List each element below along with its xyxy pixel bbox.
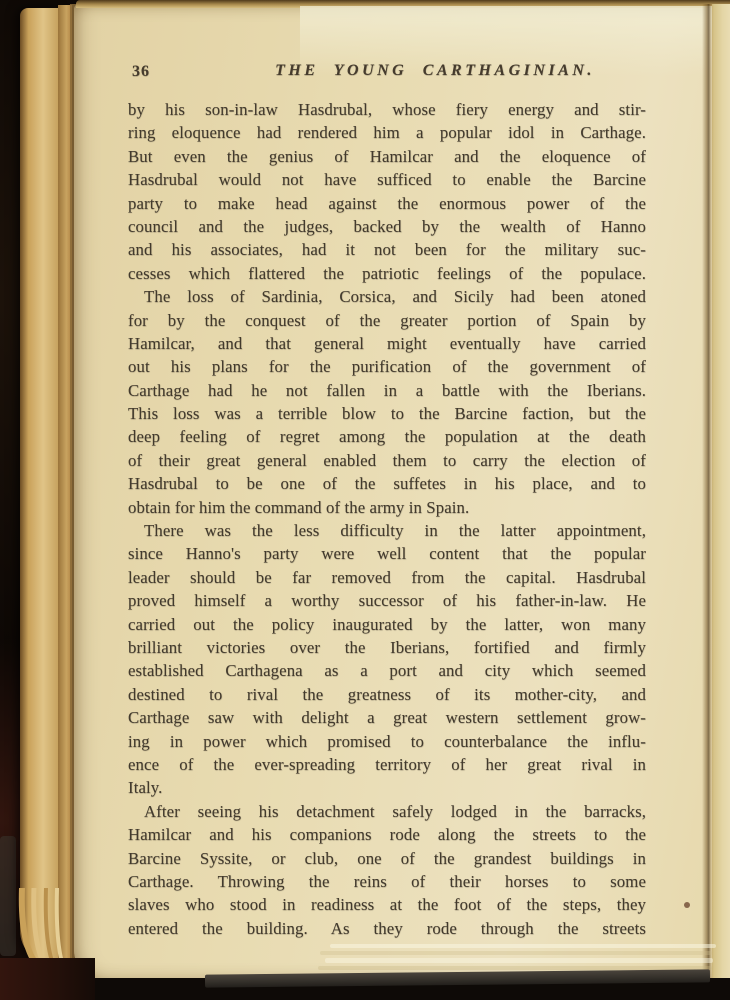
text-line: and his associates, had it not been for … <box>128 238 646 261</box>
bottom-edge-striation <box>325 958 713 963</box>
text-line: Carthage had he not fallen in a battle w… <box>128 379 646 402</box>
text-line: council and the judges, backed by the we… <box>128 215 646 238</box>
text-line: destined to rival the greatness of its m… <box>128 683 646 706</box>
right-page-sliver <box>712 4 730 980</box>
text-block: by his son-in-law Hasdrubal, whose fiery… <box>128 98 646 940</box>
text-line: Hamilcar and his companions rode along t… <box>128 823 646 846</box>
text-line: ring eloquence had rendered him a popula… <box>128 121 646 144</box>
text-line: proved himself a worthy successor of his… <box>128 589 646 612</box>
text-line: Hasdrubal would not have sufficed to ena… <box>128 168 646 191</box>
text-line: Carthage. Throwing the reins of their ho… <box>128 870 646 893</box>
text-line: obtain for him the command of the army i… <box>128 496 646 519</box>
page-crease <box>702 4 714 980</box>
text-line: Hasdrubal to be one of the suffetes in h… <box>128 472 646 495</box>
text-line: After seeing his detachment safely lodge… <box>128 800 646 823</box>
text-line: cesses which flattered the patriotic fee… <box>128 262 646 285</box>
text-line: But even the genius of Hamilcar and the … <box>128 145 646 168</box>
text-line: Carthage saw with delight a great wester… <box>128 706 646 729</box>
left-page-edge-stack <box>20 8 62 966</box>
bottom-edge-striation <box>330 944 716 948</box>
text-line: deep feeling of regret among the populat… <box>128 425 646 448</box>
text-line: There was the less difficulty in the lat… <box>128 519 646 542</box>
page-header: 36 THE YOUNG CARTHAGINIAN. <box>128 62 712 86</box>
text-line: ence of the ever-spreading territory of … <box>128 753 646 776</box>
page-number: 36 <box>132 63 150 81</box>
text-line: of their great general enabled them to c… <box>128 449 646 472</box>
text-line: Hamilcar, and that general might eventua… <box>128 332 646 355</box>
text-line: by his son-in-law Hasdrubal, whose fiery… <box>128 98 646 121</box>
text-line: established Carthagena as a port and cit… <box>128 659 646 682</box>
text-line: The loss of Sardinia, Corsica, and Sicil… <box>128 285 646 308</box>
running-title: THE YOUNG CARTHAGINIAN. <box>128 62 712 80</box>
text-line: entered the building. As they rode throu… <box>128 917 646 940</box>
book-photo-scene: 36 THE YOUNG CARTHAGINIAN. by his son-in… <box>0 0 730 1000</box>
text-line: out his plans for the purification of th… <box>128 355 646 378</box>
text-line: for by the conquest of the greater porti… <box>128 309 646 332</box>
bottom-edge-striation <box>320 951 712 955</box>
text-line: Barcine Syssite, or club, one of the gra… <box>128 847 646 870</box>
text-line: Italy. <box>128 776 646 799</box>
text-line: slaves who stood in readiness at the foo… <box>128 893 646 916</box>
text-line: brilliant victories over the Iberians, f… <box>128 636 646 659</box>
text-line: since Hanno's party were well content th… <box>128 542 646 565</box>
text-line: ing in power which promised to counterba… <box>128 730 646 753</box>
text-line: party to make head against the enormous … <box>128 192 646 215</box>
cover-corner <box>0 958 95 1000</box>
text-line: leader should be far removed from the ca… <box>128 566 646 589</box>
text-line: carried out the policy inaugurated by th… <box>128 613 646 636</box>
text-line: This loss was a terrible blow to the Bar… <box>128 402 646 425</box>
paper-speck <box>684 902 690 908</box>
